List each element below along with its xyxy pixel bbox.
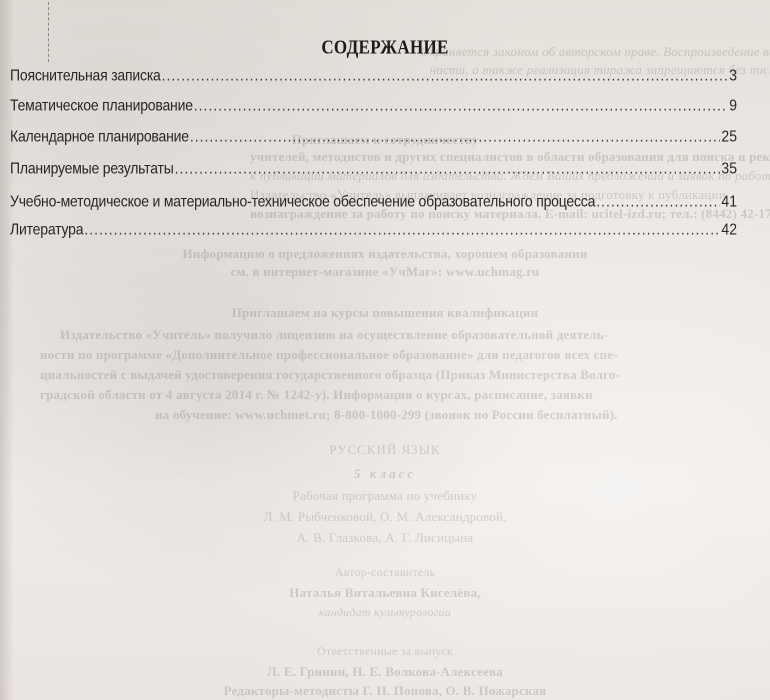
bleed-line: А. В. Глазкова, А. Г. Лисицына [297,530,474,546]
toc-leader-dots [190,127,721,145]
bleed-line: на обучение: www.uchmet.ru; 8-800-1000-2… [155,407,618,423]
toc-leader-dots [596,192,720,210]
bleed-line: 5 класс [354,466,416,482]
toc-entry-label: Учебно-методическое и материально-технич… [10,192,595,210]
bleed-line: Автор-составитель [335,565,435,580]
bleed-line: Ответственные за выпуск [317,644,453,659]
bleed-line: Информацию о предложениях издательства, … [182,246,587,262]
bleed-line: ности по программе «Дополнительное профе… [40,347,618,363]
toc-entry-page: 25 [721,127,737,145]
bleed-line: Редакторы-методисты Г. П. Попова, О. В. … [224,683,547,699]
toc-leader-dots [175,159,721,177]
toc-entry-page: 41 [721,192,737,210]
bleed-line: градской области от 4 августа 2014 г. № … [40,387,593,403]
toc-entry-label: Планируемые результаты [10,159,174,177]
toc-entry-page: 3 [729,66,737,84]
toc-entry-page: 9 [729,96,737,114]
toc-entry-label: Тематическое планирование [10,96,193,114]
bleed-line: Приглашаем на курсы повышения квалификац… [232,305,539,321]
toc-leader-dots [162,66,728,84]
bleed-line: РУССКИЙ ЯЗЫК [329,442,440,458]
toc-entry-label: Пояснительная записка [10,66,161,84]
toc-entry[interactable]: Учебно-методическое и материально-технич… [10,192,737,210]
toc-entry-label: Литература [10,220,83,238]
toc-leader-dots [84,220,720,238]
bleed-line: Л. Е. Гринин, Н. Е. Волкова-Алексеева [267,664,503,680]
toc-entry-page: 42 [721,220,737,238]
toc-entry-label: Календарное планирование [10,127,189,145]
toc-entry[interactable]: Календарное планирование 25 [10,127,737,145]
toc-entry[interactable]: Планируемые результаты 35 [10,159,737,177]
bleed-line: Рабочая программа по учебнику [293,488,478,504]
toc-entry[interactable]: Пояснительная записка 3 [10,66,737,84]
toc-entry[interactable]: Литература 42 [10,220,737,238]
bleed-line: Л. М. Рыбченковой, О. М. Александровой, [263,509,506,525]
bleed-line: Наталья Витальевна Киселёва, [289,585,480,601]
toc-entry[interactable]: Тематическое планирование 9 [10,96,737,114]
toc-leader-dots [194,96,728,114]
toc-entry-page: 35 [721,159,737,177]
page-title: СОДЕРЖАНИЕ [0,36,770,59]
bleed-line: кандидат культурологии [319,605,451,620]
bleed-line: см. в интернет-магазине «УчМаг»: www.uch… [231,264,540,280]
bleed-line: Издательство «Учитель» получило лицензию… [60,327,608,343]
bleed-line: циальностей с выдачей удостоверения госу… [40,367,620,383]
scanned-page: Охраняется законом об авторском праве. В… [0,0,770,700]
